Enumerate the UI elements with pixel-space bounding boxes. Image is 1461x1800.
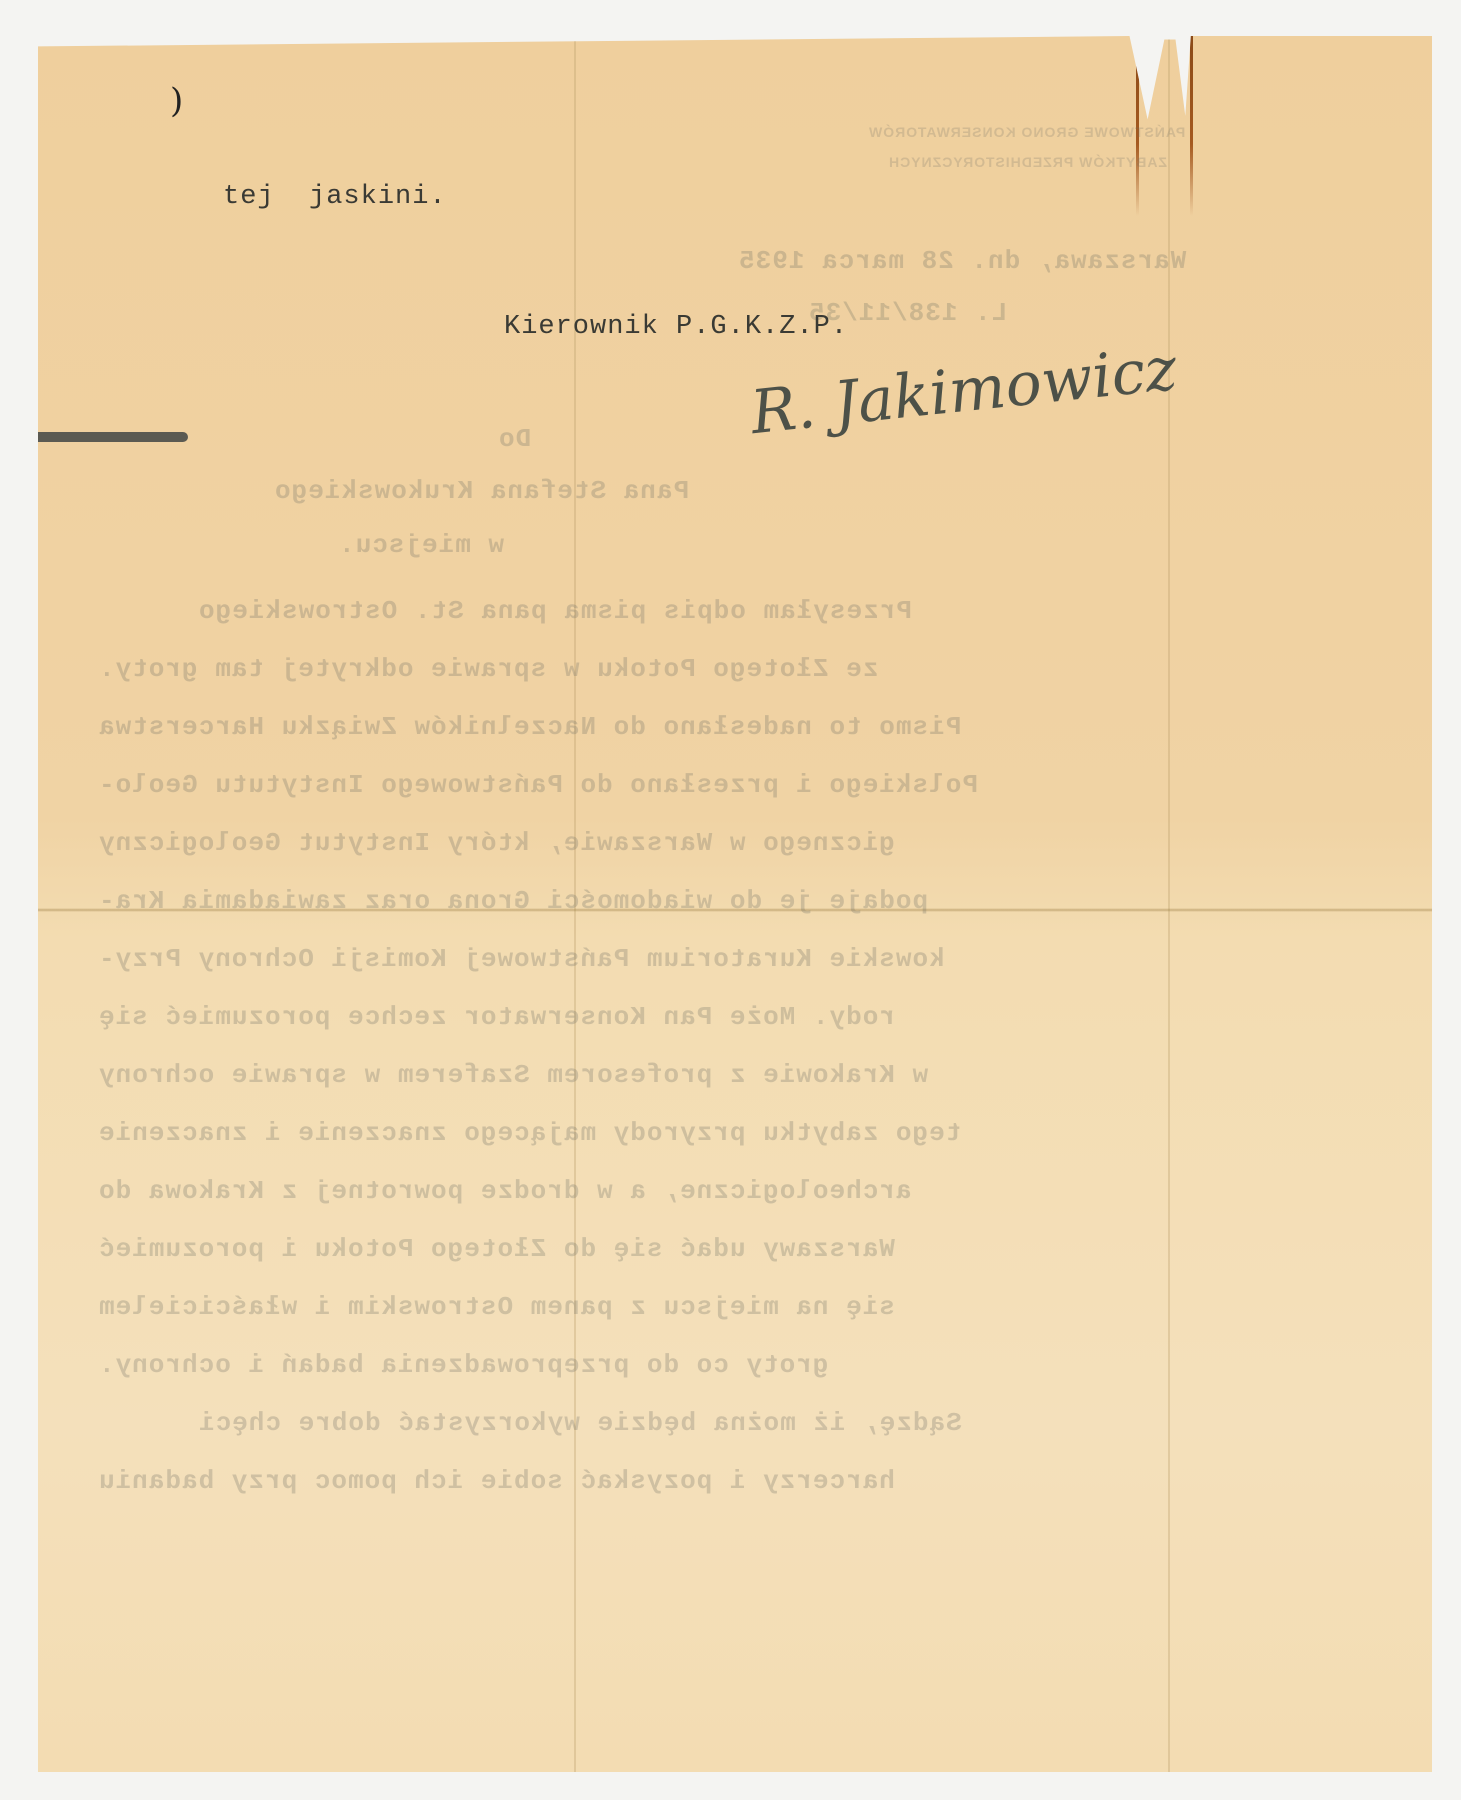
- rust-stain: [1190, 36, 1193, 216]
- margin-pen-stroke: [38, 432, 188, 442]
- signatory-title: Kierownik P.G.K.Z.P.: [504, 312, 848, 342]
- bleed-body-line: ze Złotego Potoku w sprawie odkrytej tam…: [98, 654, 878, 684]
- bleed-addressee: Pana Stefana Krukowskiego: [274, 476, 689, 506]
- bleed-addressee: w miejscu.: [338, 530, 504, 560]
- bleed-addressee: Do: [498, 424, 531, 454]
- bleed-body-line: Sądzę, iż można będzie wykorzystać dobre…: [198, 1408, 962, 1438]
- margin-mark: ): [170, 81, 183, 121]
- bleed-body-line: Warszawy udać się do Złotego Potoku i po…: [98, 1234, 895, 1264]
- bleed-body-line: groty co do przeprowadzenia badań i ochr…: [98, 1350, 829, 1380]
- bleed-body-line: Przesyłam odpis pisma pana St. Ostrowski…: [198, 596, 912, 626]
- bleed-body-line: podaje je do wiadomości Grona oraz zawia…: [98, 886, 928, 916]
- bleed-body-line: Pismo to nadesłano do Naczelników Związk…: [98, 712, 961, 742]
- bleed-date-line: Warszawa, dn. 28 marca 1935: [738, 246, 1186, 276]
- bleed-body-line: rody. Może Pan Konserwator zechce porozu…: [98, 1002, 895, 1032]
- bleed-body-line: gicznego w Warszawie, który Instytut Geo…: [98, 828, 895, 858]
- bleed-body-line: się na miejscu z panem Ostrowskim i właś…: [98, 1292, 895, 1322]
- bleed-body-line: w Krakowie z profesorem Szaferem w spraw…: [98, 1060, 928, 1090]
- bleed-body-line: tego zabytku przyrody mającego znaczenie…: [98, 1118, 961, 1148]
- letter-paper: PAŃSTWOWE GRONO KONSERWATORÓW ZABYTKÓW P…: [38, 36, 1432, 1772]
- bleed-body-line: harcerzy i pozyskać sobie ich pomoc przy…: [98, 1466, 895, 1496]
- bleed-body-line: Polskiego i przesłano do Państwowego Ins…: [98, 770, 978, 800]
- bleed-letterhead-line: PAŃSTWOWE GRONO KONSERWATORÓW: [868, 124, 1185, 140]
- bleed-body-line: kowskie Kuratorium Państwowej Komisji Oc…: [98, 944, 945, 974]
- fold-line-vertical: [1168, 36, 1170, 1772]
- bleed-body-line: archeologiczne, a w drodze powrotnej z K…: [98, 1176, 912, 1206]
- closing-line: tej jaskini.: [223, 182, 447, 212]
- bleed-letterhead-line: ZABYTKÓW PRZEDHISTORYCZNYCH: [888, 154, 1167, 170]
- handwritten-signature: R. Jakimowicz: [748, 334, 1180, 448]
